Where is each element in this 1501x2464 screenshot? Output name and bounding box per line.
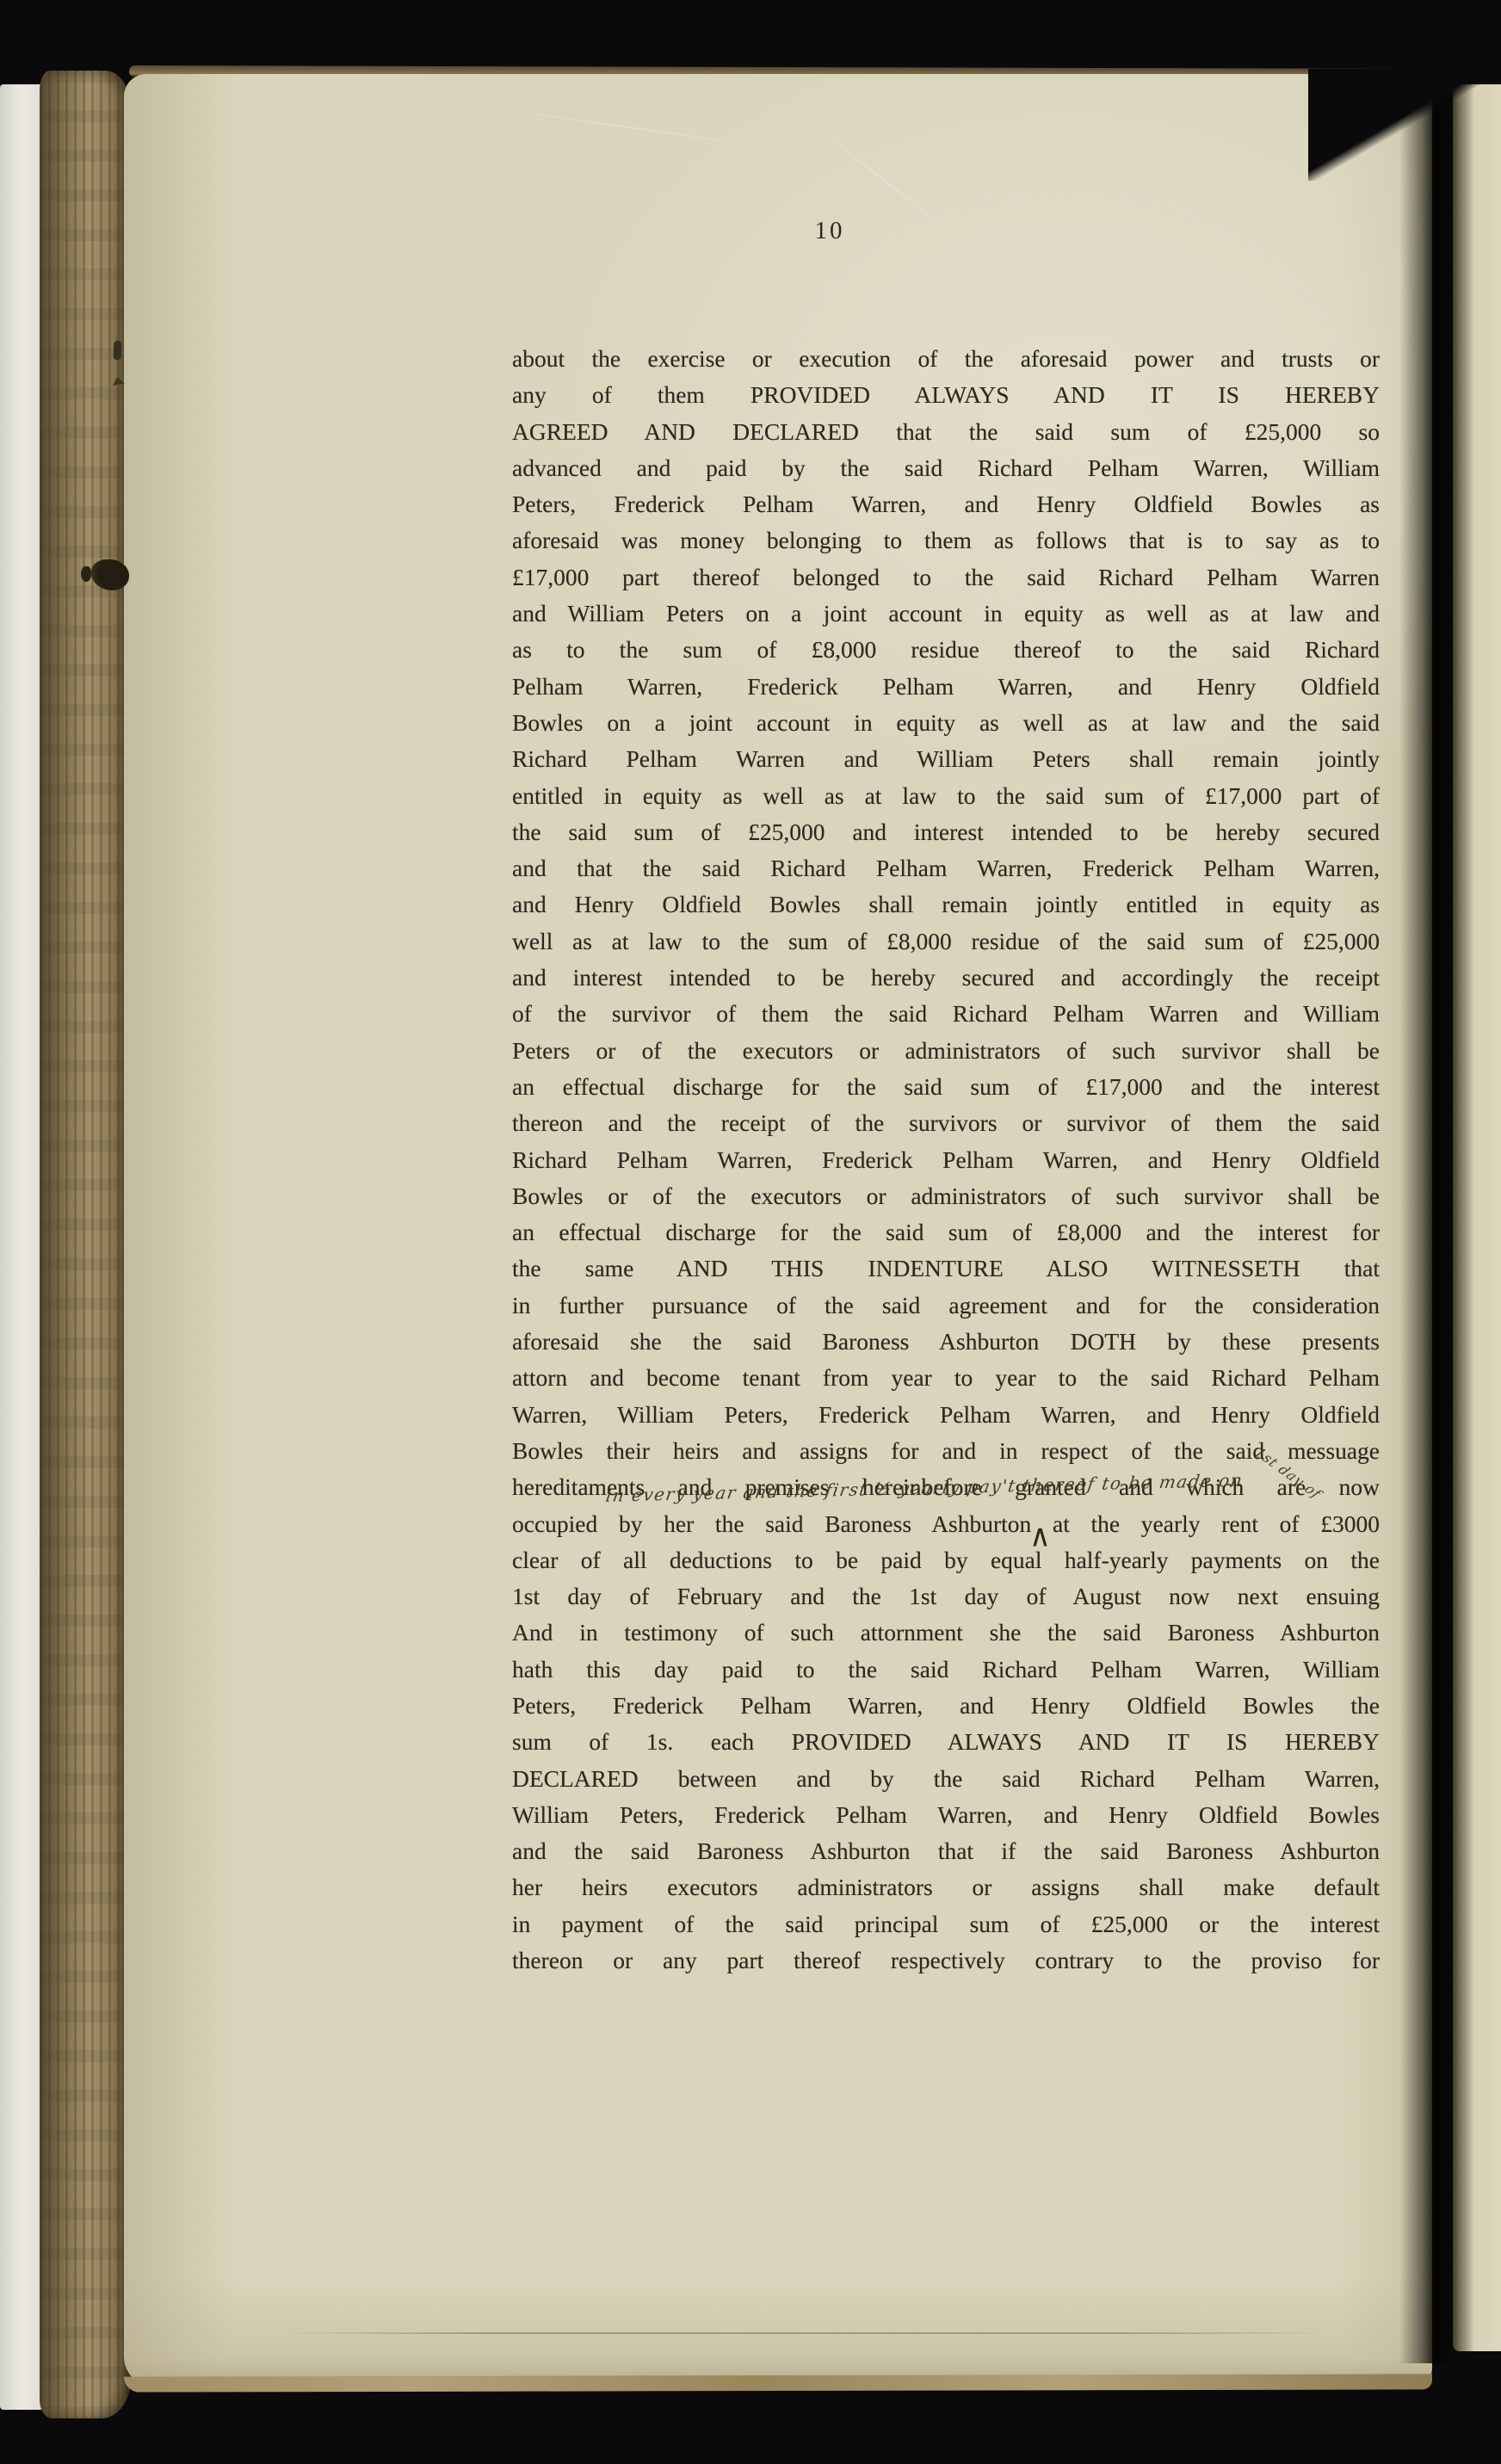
- page-number: 10: [794, 217, 866, 245]
- text-line: hath this day paid to the said Richard P…: [512, 1652, 1380, 1688]
- text-line: Warren, William Peters, Frederick Pelham…: [512, 1397, 1380, 1433]
- text-line: aforesaid she the said Baroness Ashburto…: [512, 1324, 1380, 1360]
- binding-gutter-edge: [40, 71, 131, 2418]
- text-line: an effectual discharge for the said sum …: [512, 1214, 1380, 1251]
- text-line: 1st day of February and the 1st day of A…: [512, 1578, 1380, 1615]
- text-line: Peters, Frederick Pelham Warren, and Hen…: [512, 1688, 1380, 1724]
- text-line: Bowles or of the executors or administra…: [512, 1178, 1380, 1214]
- text-line: attorn and become tenant from year to ye…: [512, 1360, 1380, 1396]
- text-line: And in testimony of such attornment she …: [512, 1615, 1380, 1651]
- text-line: and William Peters on a joint account in…: [512, 596, 1380, 632]
- text-line: in payment of the said principal sum of …: [512, 1906, 1380, 1942]
- document-text: about the exercise or execution of the a…: [512, 341, 1380, 1979]
- text-line: and that the said Richard Pelham Warren,…: [512, 850, 1380, 886]
- text-line: advanced and paid by the said Richard Pe…: [512, 450, 1380, 486]
- text-line: the same AND THIS INDENTURE ALSO WITNESS…: [512, 1251, 1380, 1287]
- text-line: any of them PROVIDED ALWAYS AND IT IS HE…: [512, 377, 1380, 413]
- text-line: entitled in equity as well as at law to …: [512, 778, 1380, 814]
- text-line: an effectual discharge for the said sum …: [512, 1069, 1380, 1105]
- text-line: aforesaid was money belonging to them as…: [512, 522, 1380, 559]
- text-line: DECLARED between and by the said Richard…: [512, 1761, 1380, 1797]
- text-line: as to the sum of £8,000 residue thereof …: [512, 632, 1380, 668]
- text-line: occupied by her the said Baroness Ashbur…: [512, 1506, 1380, 1542]
- text-line: sum of 1s. each PROVIDED ALWAYS AND IT I…: [512, 1724, 1380, 1760]
- insertion-caret: ∧: [1029, 1521, 1051, 1552]
- text-line: William Peters, Frederick Pelham Warren,…: [512, 1797, 1380, 1833]
- text-line: well as at law to the sum of £8,000 resi…: [512, 923, 1380, 960]
- text-line: in further pursuance of the said agreeme…: [512, 1288, 1380, 1324]
- text-line: thereon and the receipt of the survivors…: [512, 1105, 1380, 1141]
- text-line: Bowles their heirs and assigns for and i…: [512, 1433, 1380, 1469]
- text-line: £17,000 part thereof belonged to the sai…: [512, 559, 1380, 596]
- text-line: and Henry Oldfield Bowles shall remain j…: [512, 886, 1380, 923]
- text-line: and the said Baroness Ashburton that if …: [512, 1833, 1380, 1869]
- text-line: her heirs executors administrators or as…: [512, 1869, 1380, 1905]
- text-line: AGREED AND DECLARED that the said sum of…: [512, 414, 1380, 450]
- text-line: of the survivor of them the said Richard…: [512, 996, 1380, 1032]
- text-line: Bowles on a joint account in equity as w…: [512, 705, 1380, 741]
- text-line: Pelham Warren, Frederick Pelham Warren, …: [512, 669, 1380, 705]
- paper-crease: [486, 107, 759, 147]
- book-photo: 10 about the exercise or execution of th…: [0, 0, 1501, 2464]
- text-line: Richard Pelham Warren, Frederick Pelham …: [512, 1142, 1380, 1178]
- text-line: clear of all deductions to be paid by eq…: [512, 1542, 1380, 1578]
- text-line: thereon or any part thereof respectively…: [512, 1942, 1380, 1979]
- text-line: about the exercise or execution of the a…: [512, 341, 1380, 377]
- text-line: Richard Pelham Warren and William Peters…: [512, 741, 1380, 777]
- margin-ink-mark: [114, 341, 122, 360]
- gutter-shadow: [1399, 71, 1473, 2363]
- text-line: and interest intended to be hereby secur…: [512, 960, 1380, 996]
- text-line: Peters, Frederick Pelham Warren, and Hen…: [512, 486, 1380, 522]
- text-line: Peters or of the executors or administra…: [512, 1033, 1380, 1069]
- text-line: the said sum of £25,000 and interest int…: [512, 814, 1380, 850]
- top-black-wedge: [1308, 69, 1501, 181]
